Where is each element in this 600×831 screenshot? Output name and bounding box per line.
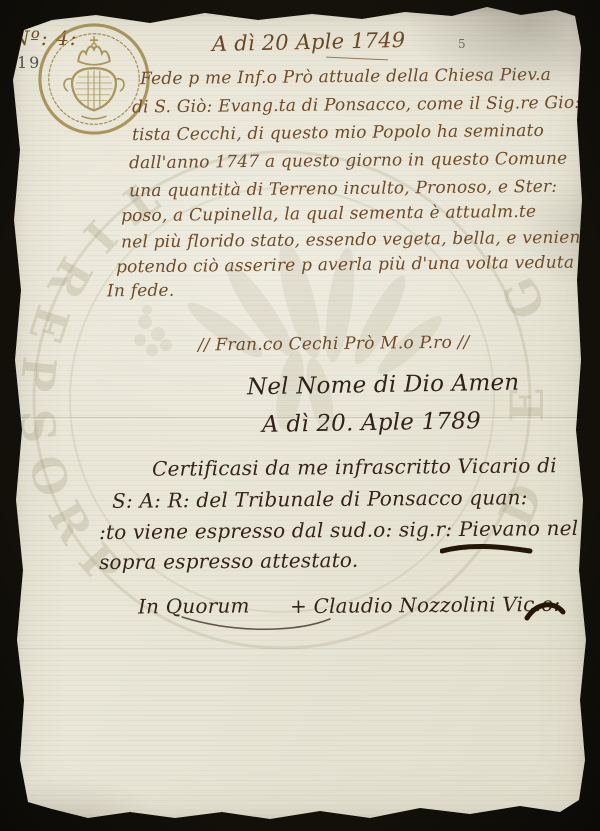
folio-number: 5: [458, 37, 466, 51]
vicar-signature: + Claudio Nozzolini Vic.o:: [290, 592, 561, 618]
attestation-line: di S. Giò: Evang.ta di Ponsacco, come il…: [132, 92, 600, 117]
attestation-line: dall'anno 1747 a questo giorno in questo…: [129, 149, 568, 174]
manuscript-page: P R O S P E R I T G E D Nº: 4: 19 5 A dì…: [0, 0, 600, 831]
attestation-line: Fede p me Inf.o Prò attuale della Chiesa…: [140, 65, 551, 89]
certification-line: Certificasi da me infrascritto Vicario d…: [152, 453, 557, 481]
invocation: Nel Nome di Dio Amen: [247, 370, 520, 401]
certification-date: A dì 20. Aple 1789: [262, 408, 481, 438]
watermark-letter: P: [13, 354, 62, 393]
ink-flourish: [440, 542, 535, 558]
attestation-line: poso, a Cupinella, la qual sementa è att…: [121, 202, 536, 226]
watermark-letter: R: [41, 494, 100, 550]
watermark-letter: E: [22, 300, 77, 348]
registry-number: Nº: 4:: [12, 26, 77, 50]
watermark-letter: O: [21, 450, 77, 502]
attestation-line: In fede.: [107, 281, 175, 302]
stamped-number: 19: [17, 53, 41, 72]
date-underline: [326, 57, 388, 61]
attestation-line: tista Cecchi, di questo mio Popolo ha se…: [132, 121, 544, 145]
attestation-line: una quantità di Terreno inculto, Pronoso…: [129, 177, 557, 201]
certification-line: sopra espresso attestato.: [99, 548, 359, 574]
attestation-line: potendo ciò asserire p averla più d'una …: [116, 253, 574, 278]
watermark-letter: I: [76, 213, 125, 260]
watermark-letter: G: [495, 271, 553, 326]
certification-line: :to viene espresso dal sud.o: sig.r: Pie…: [99, 516, 579, 544]
watermark-letter: R: [41, 250, 100, 306]
closing-formula: In Quorum: [138, 594, 250, 619]
pievano-signature: // Fran.co Cechi Prò M.o P.ro //: [198, 333, 470, 356]
attestation-date: A dì 20 Aple 1749: [212, 28, 406, 56]
certification-line: S: A: R: del Tribunale di Ponsacco quan:: [112, 485, 528, 513]
fold-crease-lower: [18, 648, 584, 651]
attestation-line: nel più florido stato, essendo vegeta, b…: [121, 228, 598, 253]
watermark-letter: S: [13, 407, 62, 445]
